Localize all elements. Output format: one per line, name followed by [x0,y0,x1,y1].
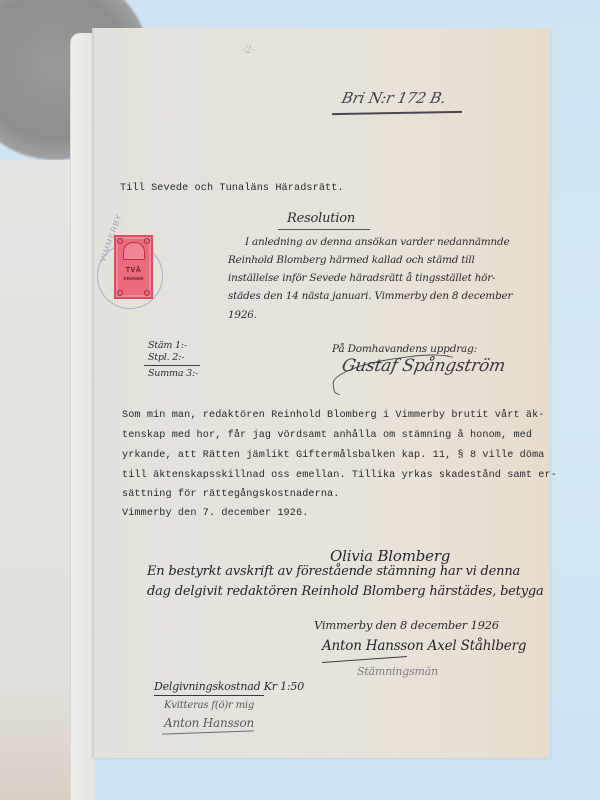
receipt-note: Kvitteras f(ö)r mig [164,700,254,711]
resolution-line: I anledning av denna ansökan varder neda… [245,236,509,248]
service-note-line: En bestyrkt avskrift av förestående stäm… [147,564,520,579]
coat-of-arms-icon [123,242,145,260]
reference-underline [332,111,462,115]
resolution-line: 1926. [228,309,257,321]
resolution-line: städes den 14 nästa januari. Vimmerby de… [228,290,512,302]
applicant-signature: Olivia Blomberg [330,547,450,565]
service-place-date: Vimmerby den 8 december 1926 [314,618,499,632]
process-server-signatures: Anton Hansson Axel Ståhlberg [322,638,526,654]
application-line: sättning för rättegångskostnaderna. [122,489,339,500]
resolution-title: Resolution [287,211,355,226]
application-place-date: Vimmerby den 7. december 1926. [122,508,308,519]
signature-underline [322,656,407,663]
resolution-underline [278,229,370,230]
stamp-corner-icon [117,238,123,244]
receipt-underline [162,730,254,734]
cost-underline [154,695,264,696]
application-line: tenskap med hor, får jag vördsamt anhåll… [122,430,532,441]
resolution-line: Reinhold Blomberg härmed kallad och stäm… [228,254,475,266]
page-number: -2- [242,45,255,56]
application-line: till äktenskapsskillnad oss emellan. Til… [122,470,557,481]
process-server-title: Stämningsmän [357,665,438,678]
document-page: -2- Bri N:r 172 B. Till Sevede och Tunal… [92,28,550,758]
fee-total: Summa 3:- [148,368,198,379]
judge-signature: Gustaf Spångström [340,356,507,376]
addressee: Till Sevede och Tunaläns Häradsrätt. [120,183,344,194]
fee-line: Stäm 1:- [148,340,187,351]
stamp-corner-icon [144,238,150,244]
fee-line: Stpl. 2:- [148,352,184,363]
fees-underline [144,365,200,366]
receipt-signature: Anton Hansson [164,716,254,730]
application-line: yrkande, att Rätten jämlikt Giftermålsba… [122,450,545,461]
stamp-value: TVÅ [126,267,142,274]
revenue-stamp: TVÅ KRONOR [114,235,153,299]
stamp-unit: KRONOR [124,276,144,281]
reference-number: Bri N:r 172 B. [340,89,448,107]
ordered-by: På Domhavandens uppdrag: [332,343,477,355]
page-fold [92,28,95,758]
stamp-corner-icon [117,290,123,296]
stamp-corner-icon [144,290,150,296]
service-cost: Delgivningskostnad Kr 1:50 [154,680,304,693]
service-note-line: dag delgivit redaktören Reinhold Blomber… [147,584,544,599]
application-line: Som min man, redaktören Reinhold Blomber… [122,410,545,421]
resolution-line: inställelse inför Sevede häradsrätt å ti… [228,272,495,284]
